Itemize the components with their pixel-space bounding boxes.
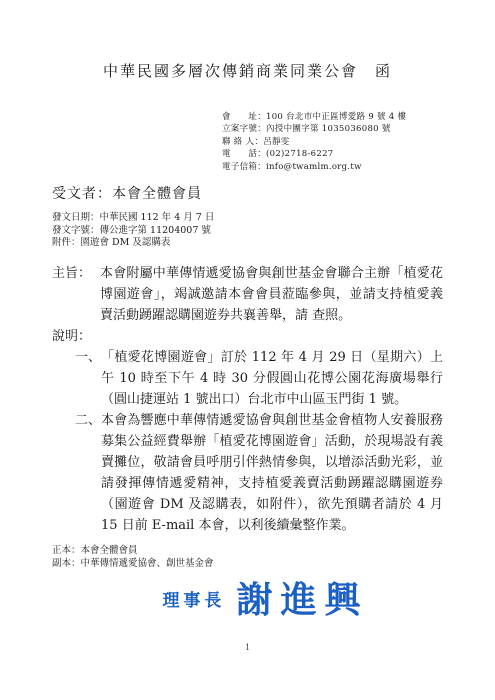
sender-contact-block: 會 址：100 台北市中正區博愛路 9 號 4 樓 立案字號：內授中團字第 10…	[222, 111, 495, 173]
subject-paragraph: 主旨： 本會附屬中華傳情遞愛協會與創世基金會聯合主辦「植愛花博園遊會」，竭誠邀請…	[52, 263, 443, 326]
item-2-number: 二、	[75, 410, 101, 536]
signature-name: 謝進興	[237, 580, 369, 621]
explanation-label: 說明：	[52, 326, 443, 347]
explanation-item-1: 一、 「植愛花博園遊會」訂於 112 年 4 月 29 日（星期六）上午 10 …	[75, 347, 443, 410]
copies-block: 正本：本會全體會員 副本：中華傳情遞愛協會、創世基金會	[52, 544, 495, 570]
contact-email: 電子信箱：info@twamlm.org.tw	[222, 161, 495, 173]
chairman-signature: 理事長 謝進興	[18, 572, 495, 623]
letter-page: 中華民國多層次傳銷商業同業公會 函 會 址：100 台北市中正區博愛路 9 號 …	[0, 0, 495, 700]
subject-label: 主旨：	[52, 263, 100, 326]
contact-registration-number: 立案字號：內授中團字第 1035036080 號	[222, 123, 495, 135]
item-2-text: 本會為響應中華傳情遞愛協會與創世基金會植物人安養服務募集公益經費舉辦「植愛花博園…	[101, 410, 443, 536]
issue-date-line: 發文日期：中華民國 112 年 4 月 7 日	[52, 212, 495, 225]
page-number: 1	[0, 643, 495, 652]
explanation-item-2: 二、 本會為響應中華傳情遞愛協會與創世基金會植物人安養服務募集公益經費舉辦「植愛…	[75, 410, 443, 536]
attachment-line: 附件：園遊會 DM 及認購表	[52, 237, 495, 250]
contact-person: 聯 絡 人：呂靜雯	[222, 136, 495, 148]
item-1-number: 一、	[75, 347, 101, 410]
document-meta-block: 發文日期：中華民國 112 年 4 月 7 日 發文字號：傳公進字第 11204…	[52, 212, 495, 250]
signature-title: 理事長	[162, 591, 225, 611]
item-1-text: 「植愛花博園遊會」訂於 112 年 4 月 29 日（星期六）上午 10 時至下…	[101, 347, 443, 410]
contact-address: 會 址：100 台北市中正區博愛路 9 號 4 樓	[222, 111, 495, 123]
carbon-copy-line: 副本：中華傳情遞愛協會、創世基金會	[52, 557, 495, 570]
document-title: 中華民國多層次傳銷商業同業公會 函	[0, 0, 495, 81]
recipient-line: 受文者：本會全體會員	[52, 183, 495, 203]
subject-text: 本會附屬中華傳情遞愛協會與創世基金會聯合主辦「植愛花博園遊會」，竭誠邀請本會會員…	[100, 263, 443, 326]
reference-number-line: 發文字號：傳公進字第 11204007 號	[52, 225, 495, 238]
original-copy-line: 正本：本會全體會員	[52, 544, 495, 557]
contact-phone: 電 話：(02)2718-6227	[222, 148, 495, 160]
